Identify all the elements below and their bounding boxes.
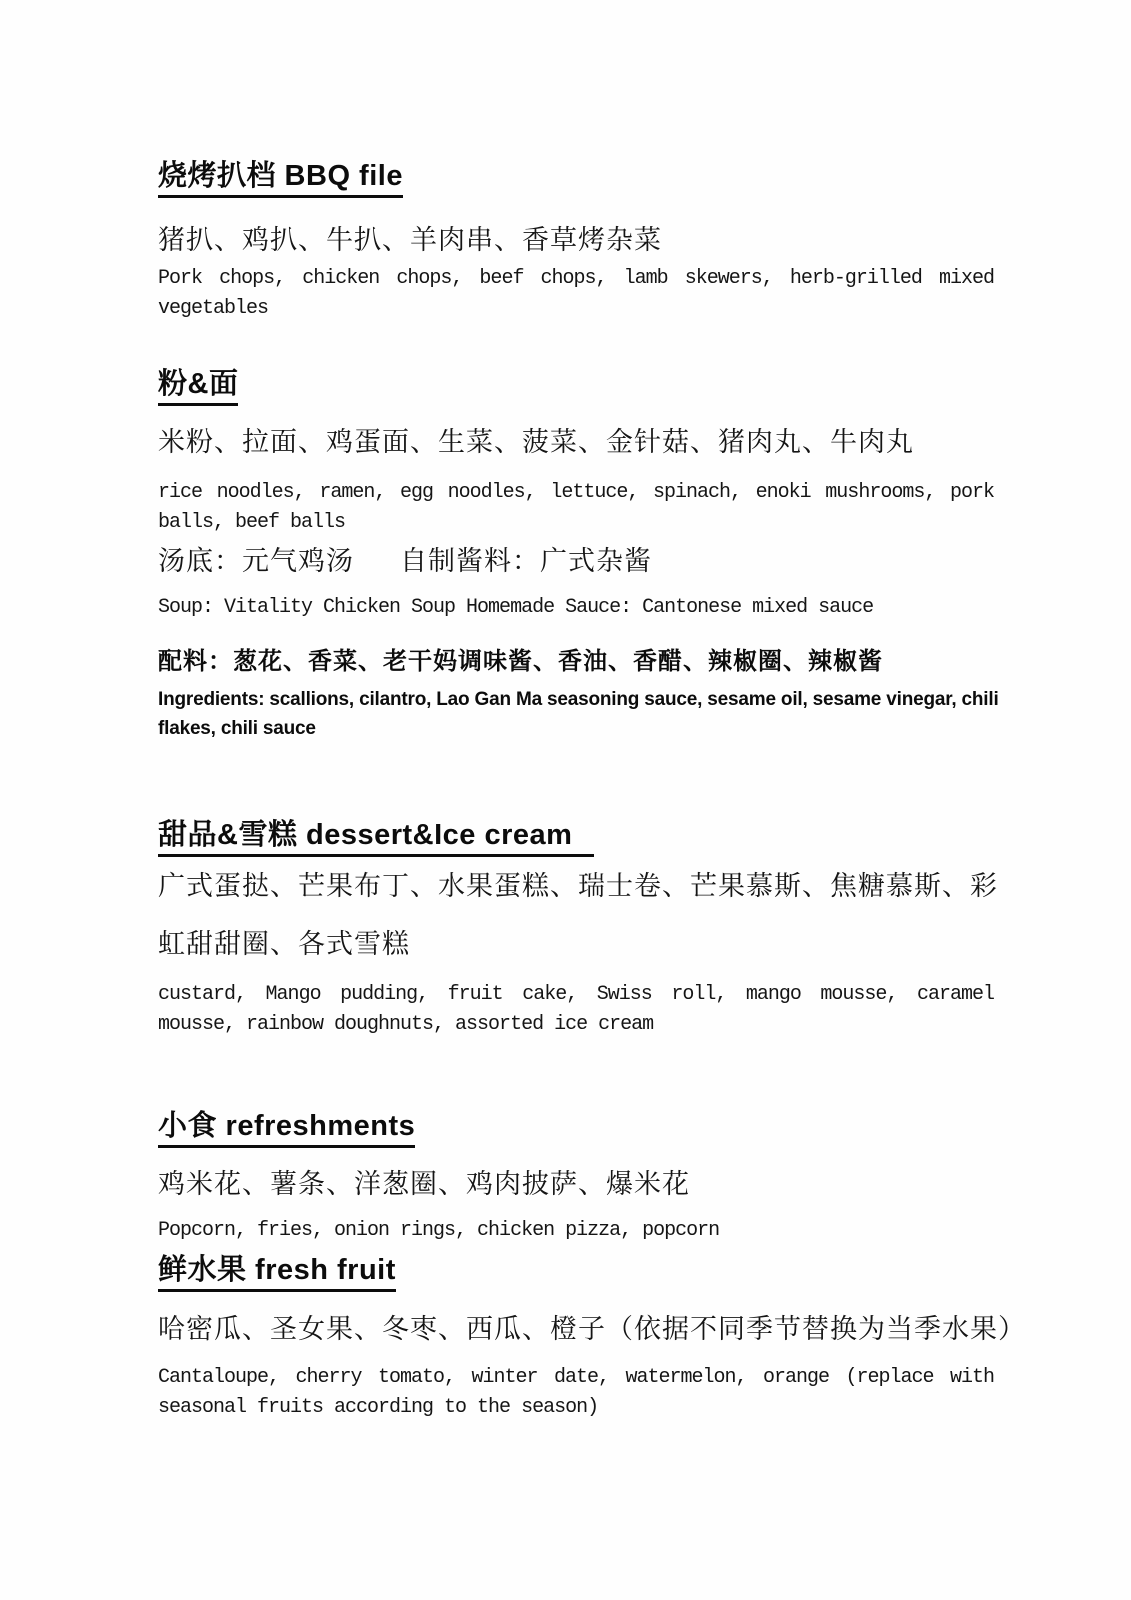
section-noodles-items-en: rice noodles, ramen, egg noodles, lettuc… (158, 478, 994, 538)
section-refreshments-heading-text: 小食 refreshments (158, 1110, 415, 1148)
section-fruit-items-zh: 哈密瓜、圣女果、冬枣、西瓜、橙子（依据不同季节替换为当季水果） (158, 1311, 1018, 1347)
section-fruit-heading: 鲜水果 fresh fruit (158, 1250, 1131, 1290)
section-noodles-heading-text: 粉&面 (158, 368, 238, 406)
section-refreshments-heading: 小食 refreshments (158, 1106, 1131, 1146)
section-bbq-heading: 烧烤扒档 BBQ file (158, 156, 1131, 196)
section-noodles-heading: 粉&面 (158, 364, 1131, 404)
section-bbq-heading-text: 烧烤扒档 BBQ file (158, 160, 403, 198)
section-refreshments-items-zh: 鸡米花、薯条、洋葱圈、鸡肉披萨、爆米花 (158, 1166, 1018, 1202)
soup-sauce-line-en: Soup: Vitality Chicken Soup Homemade Sau… (158, 593, 994, 623)
section-dessert-heading: 甜品&雪糕 dessert&Ice cream (158, 815, 1131, 855)
ingredients-line-en: Ingredients: scallions, cilantro, Lao Ga… (158, 685, 1020, 743)
ingredients-line-zh: 配料：葱花、香菜、老干妈调味酱、香油、香醋、辣椒圈、辣椒酱 (158, 645, 1131, 679)
soup-label-zh: 汤底：元气鸡汤 (158, 546, 354, 576)
section-dessert-items-en: custard, Mango pudding, fruit cake, Swis… (158, 980, 994, 1040)
sauce-label-zh: 自制酱料：广式杂酱 (400, 546, 652, 576)
section-refreshments: 小食 refreshments 鸡米花、薯条、洋葱圈、鸡肉披萨、爆米花 Popc… (158, 1106, 1131, 1246)
section-bbq-items-zh: 猪扒、鸡扒、牛扒、羊肉串、香草烤杂菜 (158, 222, 1018, 258)
section-fruit-items-en: Cantaloupe, cherry tomato, winter date, … (158, 1363, 994, 1423)
soup-sauce-line-zh: 汤底：元气鸡汤自制酱料：广式杂酱 (158, 543, 1018, 579)
section-fruit-heading-text: 鲜水果 fresh fruit (158, 1254, 396, 1292)
section-dessert-items-zh: 广式蛋挞、芒果布丁、水果蛋糕、瑞士卷、芒果慕斯、焦糖慕斯、彩虹甜甜圈、各式雪糕 (158, 857, 1018, 973)
section-noodles: 粉&面 米粉、拉面、鸡蛋面、生菜、菠菜、金针菇、猪肉丸、牛肉丸 rice noo… (158, 364, 1131, 743)
section-dessert: 甜品&雪糕 dessert&Ice cream 广式蛋挞、芒果布丁、水果蛋糕、瑞… (158, 815, 1131, 1040)
section-bbq-items-en: Pork chops, chicken chops, beef chops, l… (158, 264, 994, 324)
section-refreshments-items-en: Popcorn, fries, onion rings, chicken piz… (158, 1216, 994, 1246)
section-bbq: 烧烤扒档 BBQ file 猪扒、鸡扒、牛扒、羊肉串、香草烤杂菜 Pork ch… (158, 156, 1131, 324)
section-noodles-items-zh: 米粉、拉面、鸡蛋面、生菜、菠菜、金针菇、猪肉丸、牛肉丸 (158, 424, 1018, 460)
menu-document-page: 烧烤扒档 BBQ file 猪扒、鸡扒、牛扒、羊肉串、香草烤杂菜 Pork ch… (0, 0, 1131, 1600)
section-fruit: 鲜水果 fresh fruit 哈密瓜、圣女果、冬枣、西瓜、橙子（依据不同季节替… (158, 1250, 1131, 1423)
section-dessert-heading-text: 甜品&雪糕 dessert&Ice cream (158, 819, 594, 857)
